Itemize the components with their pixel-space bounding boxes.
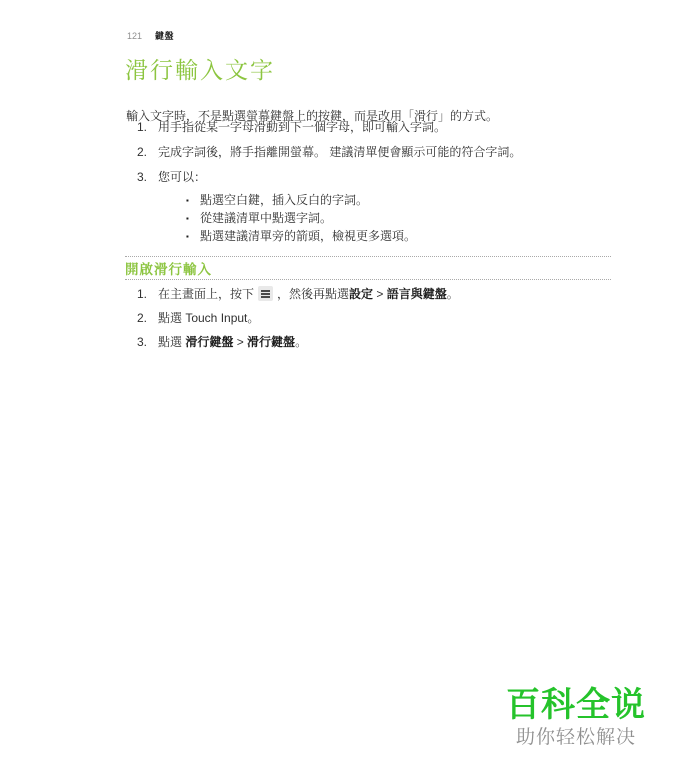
list-item: ▪ 從建議清單中點選字詞。 [186,211,616,226]
step-text-end: 。 [295,335,307,349]
path-separator: > [233,335,247,349]
path-separator: > [373,287,387,301]
trace-options-list: ▪ 點選空白鍵，插入反白的字詞。 ▪ 從建議清單中點選字詞。 ▪ 點選建議清單旁… [186,193,616,247]
page-header: 121鍵盤 [127,31,174,42]
enable-steps-list: 1. 在主畫面上，按下，然後再點選設定 > 語言與鍵盤。 2. 點選 Touch… [126,286,626,358]
option-text: 點選空白鍵，插入反白的字詞。 [200,193,368,208]
page-number: 121 [127,31,142,41]
square-bullet-icon: ▪ [186,193,200,208]
step-text: 您可以： [158,170,206,185]
manual-page: 121鍵盤 滑行輸入文字 輸入文字時，不是點選螢幕鍵盤上的按鍵，而是改用「滑行」… [0,0,692,783]
step-text: 完成字詞後，將手指離開螢幕。 建議清單便會顯示可能的符合字詞。 [158,145,521,160]
step-text-pre: 點選 [158,335,185,349]
square-bullet-icon: ▪ [186,211,200,226]
step-number: 1. [126,120,147,135]
list-item: 1. 用手指從某一字母滑動到下一個字母，即可輸入字詞。 [126,120,626,135]
list-item: 2. 完成字詞後，將手指離開螢幕。 建議清單便會顯示可能的符合字詞。 [126,145,626,160]
page-title: 滑行輸入文字 [125,56,275,84]
hamburger-menu-icon [258,286,273,301]
menu-path-label: 滑行鍵盤 [185,335,233,349]
chapter-label: 鍵盤 [155,31,174,41]
step-text-end: 。 [447,287,459,301]
menu-path-label: 設定 [349,287,373,301]
step-number: 1. [126,286,147,302]
list-item: 3. 您可以： [126,170,626,185]
step-text-mid: ，然後再點選 [277,287,349,301]
step-text-pre: 在主畫面上，按下 [158,287,254,301]
menu-path-label: 語言與鍵盤 [387,287,447,301]
step-number: 2. [126,310,147,326]
menu-path-label: 滑行鍵盤 [247,335,295,349]
trace-steps-list: 1. 用手指從某一字母滑動到下一個字母，即可輸入字詞。 2. 完成字詞後，將手指… [126,120,626,195]
step-number: 3. [126,170,147,185]
option-text: 從建議清單中點選字詞。 [200,211,332,226]
watermark-subtitle: 助你轻松解决 [506,727,646,749]
subsection-title: 開啟滑行輸入 [125,262,611,277]
step-text: 用手指從某一字母滑動到下一個字母，即可輸入字詞。 [158,120,446,135]
watermark-title: 百科全说 [506,687,646,723]
list-item: ▪ 點選建議清單旁的箭頭，檢視更多選項。 [186,229,616,244]
step-text: 點選 Touch Input。 [158,310,259,326]
subsection-header: 開啟滑行輸入 [125,256,611,280]
watermark-logo: 百科全说 助你轻松解决 [506,687,646,749]
list-item: 1. 在主畫面上，按下，然後再點選設定 > 語言與鍵盤。 [126,286,626,302]
step-number: 3. [126,334,147,350]
step-text: 在主畫面上，按下，然後再點選設定 > 語言與鍵盤。 [158,286,459,302]
list-item: 3. 點選 滑行鍵盤 > 滑行鍵盤。 [126,334,626,350]
step-text: 點選 滑行鍵盤 > 滑行鍵盤。 [158,334,307,350]
list-item: ▪ 點選空白鍵，插入反白的字詞。 [186,193,616,208]
square-bullet-icon: ▪ [186,229,200,244]
option-text: 點選建議清單旁的箭頭，檢視更多選項。 [200,229,416,244]
step-number: 2. [126,145,147,160]
list-item: 2. 點選 Touch Input。 [126,310,626,326]
